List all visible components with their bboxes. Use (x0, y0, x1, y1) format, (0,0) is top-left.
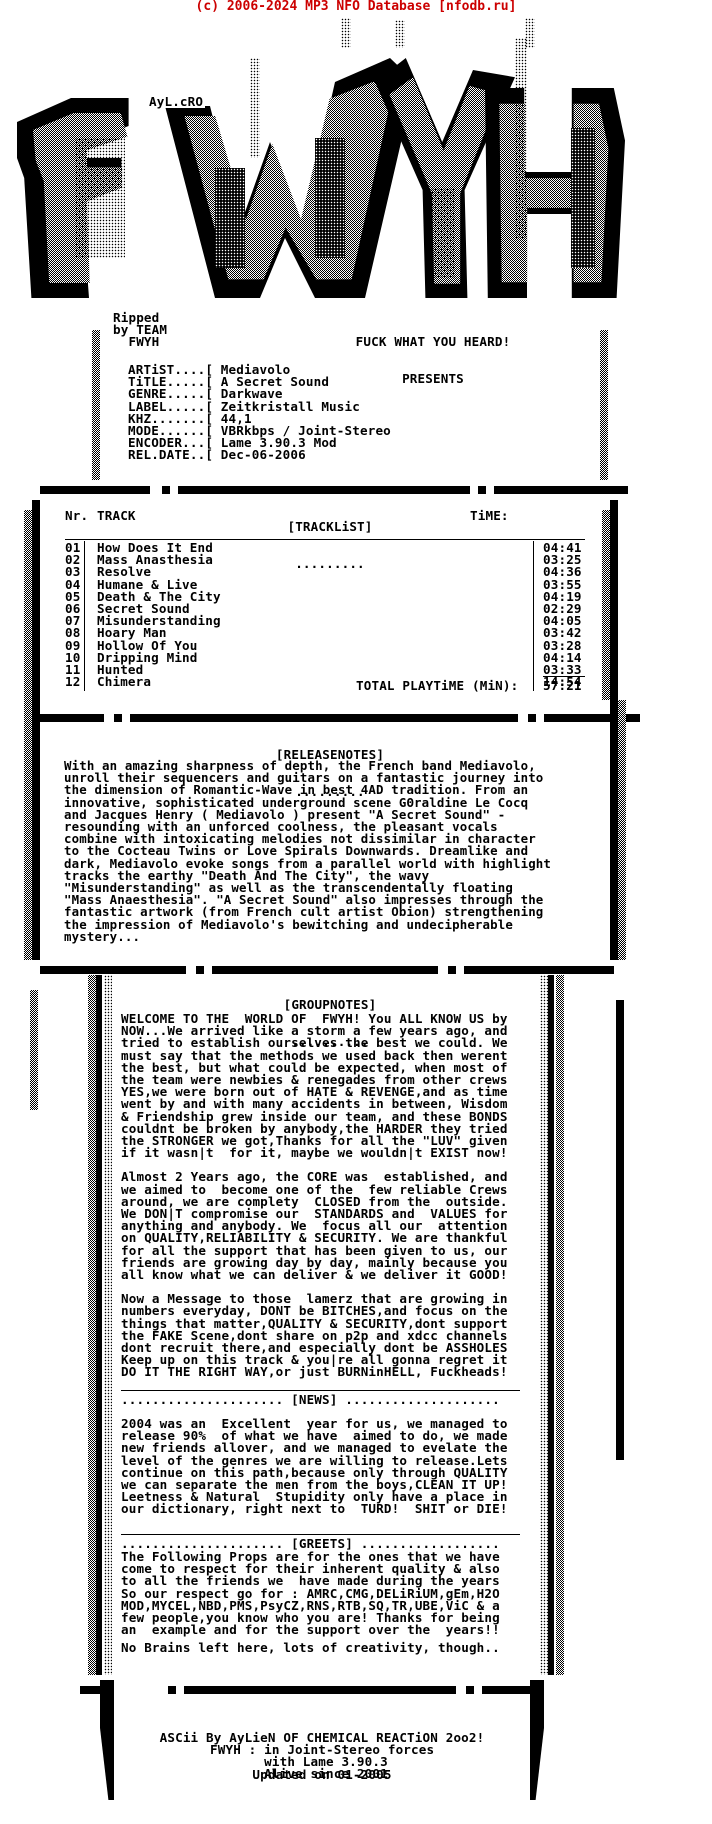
divider-dot (448, 966, 456, 974)
total-rule (543, 676, 585, 677)
divider-bar (178, 486, 470, 494)
total-playtime-label: TOTAL PLAYTiME (MiN): (356, 680, 518, 692)
info-value: Dec-06-2006 (221, 447, 306, 462)
divider-dot (478, 486, 486, 494)
header-left-border (92, 330, 100, 480)
group-outer-left-dither (30, 990, 38, 1110)
releasenotes-text: With an amazing sharpness of depth, the … (64, 760, 551, 943)
notes-left-dither (24, 700, 32, 960)
group-left-dither (88, 975, 96, 1675)
divider-dot (196, 966, 204, 974)
track-number: 12 (65, 676, 80, 688)
track-list: 01How Does It End04:4102Mass Anasthesia0… (65, 542, 585, 688)
news-title: ..................... [NEWS] ...........… (121, 1394, 500, 1406)
group-right-pillar (548, 975, 554, 1675)
groupnotes-paragraph: Almost 2 Years ago, the CORE was establi… (121, 1171, 508, 1281)
news-text: 2004 was an Excellent year for us, we ma… (121, 1418, 508, 1516)
group-right-dither-light (540, 975, 548, 1675)
tracklist-left-pillar (32, 500, 40, 700)
info-row: REL.DATE..[ Dec-06-2006 (128, 449, 391, 461)
col-header-time: TiME: (470, 510, 509, 522)
fwyh-logo-art: AyL.cRO (15, 18, 625, 310)
presents-line1: FUCK WHAT YOU HEARD! (318, 336, 548, 348)
divider-dot (168, 1686, 176, 1694)
group-left-pillar (96, 975, 102, 1675)
divider-dot (528, 714, 536, 722)
group-left-dither-light (104, 975, 112, 1675)
total-playtime-value: 57:21 (543, 680, 582, 692)
group-outer-right-bar (616, 1000, 624, 1460)
track-title: Chimera (97, 676, 151, 688)
tracklist-right-dither (602, 510, 610, 700)
ripped-by: Ripped by TEAM FWYH (113, 312, 167, 349)
release-info: ARTiST....[ MediavoloTiTLE.....[ A Secre… (128, 364, 391, 462)
news-rule (121, 1390, 520, 1391)
divider-bar (494, 486, 628, 494)
tracklist-left-dither (24, 510, 32, 700)
groupnotes-paragraph: WELCOME TO THE WORLD OF FWYH! You ALL KN… (121, 1013, 508, 1159)
divider-bar (464, 966, 614, 974)
notes-right-pillar (610, 700, 618, 960)
divider-bar (130, 714, 518, 722)
greets-closing: No Brains left here, lots of creativity,… (121, 1642, 500, 1654)
divider-bar (212, 966, 438, 974)
copyright-notice: (c) 2006-2024 MP3 NFO Database [nfodb.ru… (0, 0, 712, 14)
greets-rule (121, 1534, 520, 1535)
notes-left-pillar (32, 700, 40, 960)
tracklist-right-pillar (610, 500, 618, 700)
group-right-dither (556, 975, 564, 1675)
col-header-nr: Nr. (65, 510, 88, 522)
divider-bar (40, 714, 104, 722)
greets-text: The Following Props are for the ones tha… (121, 1551, 500, 1636)
divider-dot (466, 1686, 474, 1694)
divider-dot (162, 486, 170, 494)
groupnotes-text: WELCOME TO THE WORLD OF FWYH! You ALL KN… (121, 1013, 508, 1391)
footer-tag: FWYH : in Joint-Stereo forces with Lame … (210, 1744, 434, 1781)
info-label: REL.DATE..[ (128, 447, 221, 462)
header-right-border (600, 330, 608, 480)
divider-bar (184, 1686, 456, 1694)
track-row: 10Dripping Mind04:14 (65, 652, 585, 664)
divider-bar (40, 486, 150, 494)
groupnotes-paragraph: Now a Message to those lamerz that are g… (121, 1293, 508, 1378)
col-header-track: TRACK (97, 510, 136, 522)
notes-right-dither (618, 700, 626, 960)
logo-signature: AyL.cRO (147, 96, 205, 108)
divider-dot (114, 714, 122, 722)
divider-bar (40, 966, 186, 974)
